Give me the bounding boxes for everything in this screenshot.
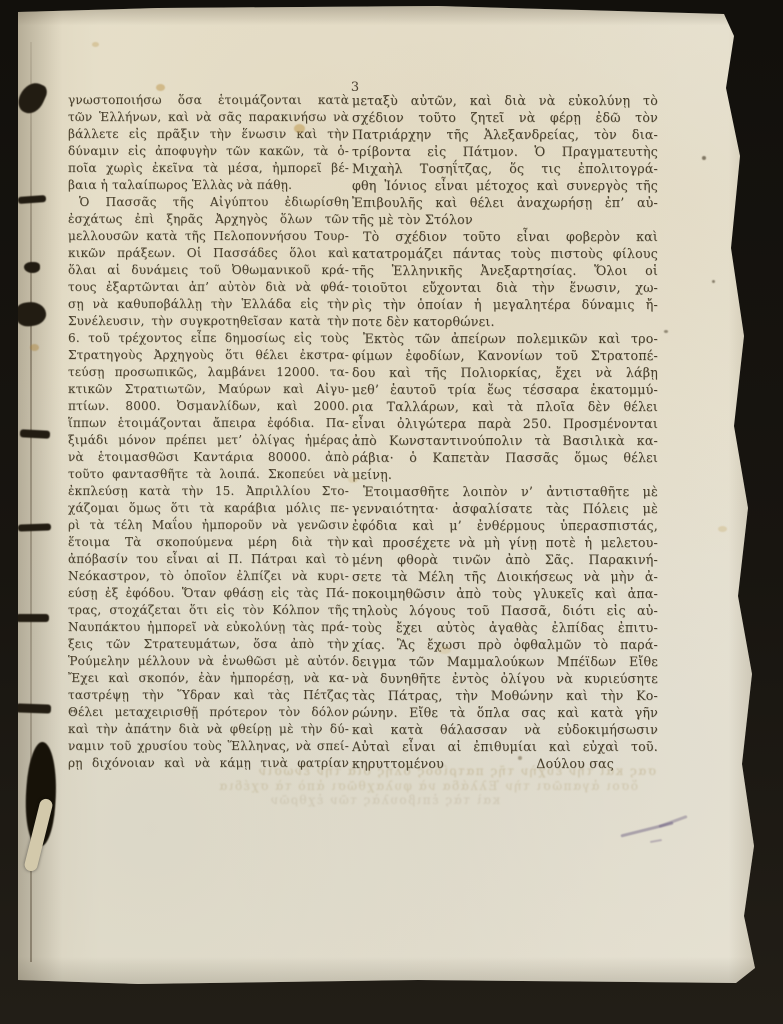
- ink-speck: [518, 756, 522, 760]
- text-line: Αὐταὶ εἶναι αἱ ἐπιθυμίαι καὶ εὐχαὶ τοῦ.: [352, 738, 658, 755]
- text-line: τηλοὺς λόγους τοῦ Πασσᾶ, διότι εἰς αὐ-: [352, 602, 658, 619]
- text-line: δου καὶ τῆς Πολιορκίας, ἔχει νὰ λάβῃ: [352, 364, 658, 381]
- text-line: τῆς Ἑλληνικῆς Ἀνεξαρτησίας. Ὅλοι οἱ: [352, 262, 658, 279]
- document-page: 3 γνωστοποιήσω ὅσα ἑτοιμάζονται κατὰτῶν …: [18, 6, 758, 986]
- text-line: τῶν Ἑλλήνων, καὶ νὰ σᾶς παρακινήσω νὰ: [68, 109, 349, 126]
- text-line: γενναιότητα· ἀσφαλίσατε τὰς Πόλεις μὲ: [352, 500, 658, 517]
- text-line: 6. τοῦ τρέχοντος εἶπε δημοσίως εἰς τοὺς: [68, 330, 349, 347]
- show-through-text: σας καὶ τὴν εὐχὴν τῆς πατρίδος ὅλης διὰ …: [186, 764, 656, 778]
- text-line: τεύσῃ προσωπικῶς, λαμβάνει 12000. τα-: [68, 364, 349, 381]
- text-line: τρας, στοχάζεται ὅτι εἰς τὸν Κόλπον τῆς: [68, 602, 349, 619]
- text-line: ταστρέψῃ τὴν Ὕδραν καὶ τὰς Πέτζας: [68, 687, 349, 704]
- text-line: ξιμάδι μόνον πρέπει μετ’ ὀλίγας ἡμέρας: [68, 432, 349, 449]
- text-line: Ὁ Πασσᾶς τῆς Αἰγύπτου ἐδιωρίσθη: [68, 194, 349, 211]
- stitch-mark: [20, 429, 50, 439]
- text-line: νὰ ἑτοιμασθῶσι Καντάρια 80000. ἀπὸ: [68, 449, 349, 466]
- text-line: ἀπόβασίν του εἶναι αἱ Π. Πάτραι καὶ τὸ: [68, 551, 349, 568]
- text-line: Ἐκτὸς τῶν ἀπείρων πολεμικῶν καὶ τρο-: [352, 330, 658, 347]
- text-line: χάζομαι ὅμως ὅτι τὰ καράβια μόλις πε-: [68, 500, 349, 517]
- text-line: ξεις τῶν Στρατευμάτων, ὅσα ἀπὸ τὴν: [68, 636, 349, 653]
- text-line: ἐφόδια καὶ μ’ ἐνθέρμους ὑπερασπιστάς,: [352, 517, 658, 534]
- text-line: Ἐπιβουλῆς καὶ θέλει ἀναχωρήσῃ ἐπ’ αὐ-: [352, 194, 658, 211]
- fox-spot: [718, 526, 727, 532]
- text-line: καὶ τὴν ἀπάτην διὰ νὰ φθείρῃ μὲ τὴν δύ-: [68, 721, 349, 738]
- text-line: Πατριάρχην τῆς Ἀλεξανδρείας, τὸν δια-: [352, 126, 658, 143]
- text-line: τους ἐξαρτῶνται ἀπ’ αὐτὸν διὰ νὰ φθά-: [68, 279, 349, 296]
- text-line: βαια ἡ ταλαίπωρος Ἑλλὰς νὰ πάθῃ.: [68, 177, 349, 194]
- text-line: Ἑτοιμασθῆτε λοιπὸν ν’ ἀντισταθῆτε μὲ: [352, 483, 658, 500]
- text-line: κτικῶν Στρατιωτῶν, Μαύρων καὶ Αἰγυ-: [68, 381, 349, 398]
- text-line: εἶναι ὀλιγώτερα παρὰ 250. Προσμένονται: [352, 415, 658, 432]
- text-line: τοιοῦτοι εὔχονται διὰ τὴν ἕνωσιν, χω-: [352, 279, 658, 296]
- text-line: σχέδιον τοῦτο ζητεῖ νὰ φέρῃ ἐδῶ τὸν: [352, 109, 658, 126]
- ink-speck: [664, 330, 668, 333]
- stitch-mark: [16, 614, 49, 622]
- stitch-mark: [16, 703, 51, 713]
- text-line: δειγμα τῶν Μαμμαλούκων Μπέϊδων Εἴθε: [352, 653, 658, 670]
- show-through-text: ὅσοι ἀγαπῶσι τὴν Ἑλλάδα νὰ φυλαχθῶσι ἀπὸ…: [218, 779, 638, 793]
- fox-spot: [294, 124, 305, 133]
- text-line: ποῖα χωρὶς ἐκεῖνα τὰ μέσα, ἠμπορεῖ βέ-: [68, 160, 349, 177]
- text-line: ἵππων ἑτοιμάζονται ἄπειρα ἐφόδια. Πα-: [68, 415, 349, 432]
- show-through-text: καὶ τὰς ἐπιβουλὰς τῶν ἐχθρῶν: [250, 793, 500, 807]
- stitch-mark: [24, 262, 40, 273]
- stitch-mark: [14, 300, 47, 328]
- text-line: ρὶς τὴν ὁποίαν ἡ μεγαλητέρα δύναμις ἤ-: [352, 296, 658, 313]
- text-line: μελλουσῶν κατὰ τῆς Πελοποννήσου Τουρ-: [68, 228, 349, 245]
- text-line: ρὶ τὰ τέλη Μαΐου ἠμποροῦν νὰ γενῶσιν: [68, 517, 349, 534]
- text-line: φίμων ἐφοδίων, Κανονίων τοῦ Στρατοπέ-: [352, 347, 658, 364]
- text-line: εύσῃ ἐξ ἐφόδου. Ὅταν φθάσῃ εἰς τὰς Πά-: [68, 585, 349, 602]
- text-line: σετε τὰ Μέλη τῆς Διοικήσεως νὰ μὴν ἀ-: [352, 568, 658, 585]
- text-line: καὶ κατὰ θάλασσαν νὰ εὐδοκιμήσωσιν: [352, 721, 658, 738]
- text-line: Θέλει μεταχειρισθῇ πρότερον τὸν δόλον: [68, 704, 349, 721]
- stitch-mark: [15, 79, 50, 118]
- text-line: Μιχαὴλ Τοσηΐτζας, ὅς τις ἐπολιτογρά-: [352, 160, 658, 177]
- text-line: μεταξὺ αὐτῶν, καὶ διὰ νὰ εὐκολύνῃ τὸ: [352, 92, 658, 109]
- fox-spot: [156, 84, 165, 91]
- text-line: τῆς μὲ τὸν Στόλον: [352, 211, 658, 228]
- text-line: Συνέλευσιν, τὴν συγκροτηθεῖσαν κατὰ τὴν: [68, 313, 349, 330]
- text-line: μεθ’ ἑαυτοῦ τρία ἕως τέσσαρα ἑκατομμύ-: [352, 381, 658, 398]
- ink-speck: [702, 156, 706, 160]
- text-line: Στρατηγοὺς Ἀρχηγοὺς ὅτι θέλει ἐκστρα-: [68, 347, 349, 364]
- pencil-smudge: [620, 818, 710, 852]
- text-line: ράβια· ὁ Καπετὰν Πασσᾶς ὅμως θέλει: [352, 449, 658, 466]
- text-line: ποκοιμηθῶσιν ἀπὸ τοὺς γλυκεῖς καὶ ἀπα-: [352, 585, 658, 602]
- fox-spot: [30, 344, 39, 351]
- text-line: δύναμιν εἰς ἀποφυγὴν τῶν κακῶν, τὰ ὁ-: [68, 143, 349, 160]
- ink-speck: [712, 280, 715, 283]
- text-line: ἕτοιμα Τὰ σκοπούμενα μέρη διὰ τὴν: [68, 534, 349, 551]
- text-line: ναμιν τοῦ χρυσίου τοὺς Ἕλληνας, νὰ σπεί-: [68, 738, 349, 755]
- stitch-mark: [18, 195, 46, 204]
- text-line: τοῦτο φαντασθῆτε τὰ λοιπά. Σκοπεύει νὰ: [68, 466, 349, 483]
- text-line: χίας. Ἂς ἔχωσι πρὸ ὀφθαλμῶν τὸ παρά-: [352, 636, 658, 653]
- text-line: βάλλετε εἰς πρᾶξιν τὴν ἕνωσιν καὶ τὴν: [68, 126, 349, 143]
- text-line: τὰς Πάτρας, τὴν Μοθώνην καὶ τὴν Κο-: [352, 687, 658, 704]
- text-line: κατατρομάζει πάντας τοὺς πιστοὺς φίλους: [352, 245, 658, 262]
- text-line: ποτε δὲν κατορθώνει.: [352, 313, 658, 330]
- text-line: Νεόκαστρον, τὸ ὁποῖον ἐλπίζει νὰ κυρι-: [68, 568, 349, 585]
- text-line: ἀπὸ Κωνσταντινούπολιν τὰ Βασιλικὰ κα-: [352, 432, 658, 449]
- text-line: μείνῃ.: [352, 466, 658, 483]
- text-column-right: μεταξὺ αὐτῶν, καὶ διὰ νὰ εὐκολύνῃ τὸσχέδ…: [352, 92, 658, 772]
- text-line: ρώνην. Εἴθε τὰ ὅπλα σας καὶ κατὰ γῆν: [352, 704, 658, 721]
- text-line: σῃ νὰ καθυποβάλλῃ τὴν Ἑλλάδα εἰς τὴν: [68, 296, 349, 313]
- stitch-mark: [18, 523, 51, 531]
- text-line: γνωστοποιήσω ὅσα ἑτοιμάζονται κατὰ: [68, 92, 349, 109]
- text-line: μένη φθορὰ τινῶν ἀπὸ Σᾶς. Παρακινή-: [352, 551, 658, 568]
- text-line: καὶ προσέχετε νὰ μὴ γίνῃ ποτὲ ἡ μελετου-: [352, 534, 658, 551]
- text-column-left: γνωστοποιήσω ὅσα ἑτοιμάζονται κατὰτῶν Ἑλ…: [68, 92, 349, 772]
- text-line: πτίων. 8000. Ὀσμανλίδων, καὶ 2000.: [68, 398, 349, 415]
- fox-spot: [92, 42, 99, 47]
- text-line: νὰ δυνηθῆτε ἐντὸς ὀλίγου νὰ κυριεύσητε: [352, 670, 658, 687]
- text-line: Ἔχει καὶ σκοπόν, ἐὰν ἠμπορέσῃ, νὰ κα-: [68, 670, 349, 687]
- scanner-background: 3 γνωστοποιήσω ὅσα ἑτοιμάζονται κατὰτῶν …: [0, 0, 783, 1024]
- text-line: ὅλαι αἱ δυνάμεις τοῦ Ὀθωμανικοῦ κρά-: [68, 262, 349, 279]
- text-line: τοὺς ἔχει αὐτὸς ἀγαθὰς ἐλπίδας ἐπιτυ-: [352, 619, 658, 636]
- text-line: Ναυπάκτου ἠμπορεῖ νὰ εὐκολύνῃ τὰς πρά-: [68, 619, 349, 636]
- text-line: κικῶν πράξεων. Οἱ Πασσάδες ὅλοι καὶ: [68, 245, 349, 262]
- text-line: τρίβοντα εἰς Πάτμον. Ὁ Πραγματευτὴς: [352, 143, 658, 160]
- fox-spot: [348, 476, 358, 483]
- text-line: ἐσχάτως ἐπὶ ξηρᾶς Ἀρχηγὸς ὅλων τῶν: [68, 211, 349, 228]
- text-line: ρια Ταλλάρων, καὶ τὰ πλοῖα δὲν θέλει: [352, 398, 658, 415]
- text-line: Ῥούμελην μέλλουν νὰ ἑνωθῶσι μὲ αὐτόν.: [68, 653, 349, 670]
- text-line: Τὸ σχέδιον τοῦτο εἶναι φοβερὸν καὶ: [352, 228, 658, 245]
- text-line: ἐκπλεύσῃ κατὰ τὴν 15. Ἀπριλλίου Στο-: [68, 483, 349, 500]
- text-line: φθη Ἰόνιος εἶναι μέτοχος καὶ συνεργὸς τῆ…: [352, 177, 658, 194]
- fox-spot: [438, 646, 451, 654]
